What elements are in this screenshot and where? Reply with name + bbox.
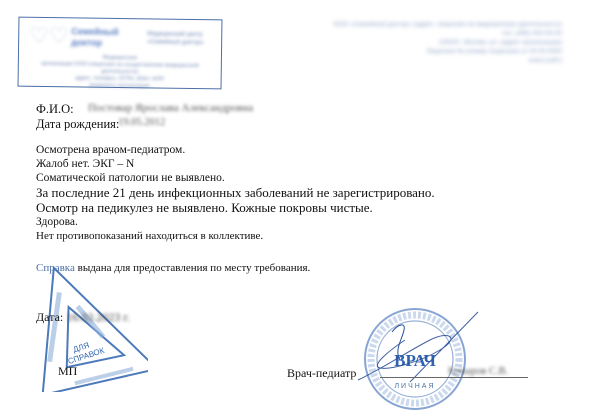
body-line: Осмотрена врачом-педиатром. bbox=[36, 143, 435, 157]
body-line: Соматической патологии не выявлено. bbox=[36, 171, 435, 185]
body-line: Нет противопоказаний находиться в коллек… bbox=[36, 229, 435, 243]
doctor-name: Комаров С.В. bbox=[448, 366, 508, 377]
dob-value: 19.05.2012 bbox=[118, 117, 165, 128]
doctor-title: Врач-педиатр bbox=[287, 366, 356, 381]
hearts-logo-icon: ♡♡ bbox=[29, 26, 63, 46]
body-line: Здорова. bbox=[36, 215, 435, 229]
fio-label: Ф.И.О: bbox=[36, 102, 74, 117]
clinic-name: Семейный доктор bbox=[71, 26, 119, 49]
fio-value: Постовар Ярослава Александровна bbox=[88, 102, 253, 114]
issue-date: Дата: 16.03.2023 г. bbox=[36, 310, 130, 325]
signature-line bbox=[380, 377, 528, 378]
triangle-stamp-icon: ДЛЯ СПРАВОК bbox=[18, 262, 148, 392]
clinic-header-stamp: ♡♡ Семейный доктор Медицинский центр «Се… bbox=[18, 17, 223, 90]
dob-label: Дата рождения: bbox=[36, 117, 119, 132]
clinic-address-block: ООО «Семейный доктор» (адрес, лицензия н… bbox=[292, 20, 562, 65]
mp-label: МП bbox=[58, 364, 77, 379]
signature-icon bbox=[350, 310, 480, 390]
certificate-body: Осмотрена врачом-педиатром. Жалоб нет. Э… bbox=[36, 143, 435, 243]
body-line: За последние 21 день инфекционных заболе… bbox=[36, 185, 435, 200]
body-line: Жалоб нет. ЭКГ – N bbox=[36, 157, 435, 171]
purpose-line: Справка выдана для предоставления по мес… bbox=[36, 262, 310, 274]
body-line: Осмотр на педикулез не выявлено. Кожные … bbox=[36, 200, 435, 215]
clinic-side-text: Медицинский центр «Семейный доктор» bbox=[147, 30, 204, 47]
clinic-info: Медицинская организация ООО (лицензия на… bbox=[24, 54, 214, 92]
